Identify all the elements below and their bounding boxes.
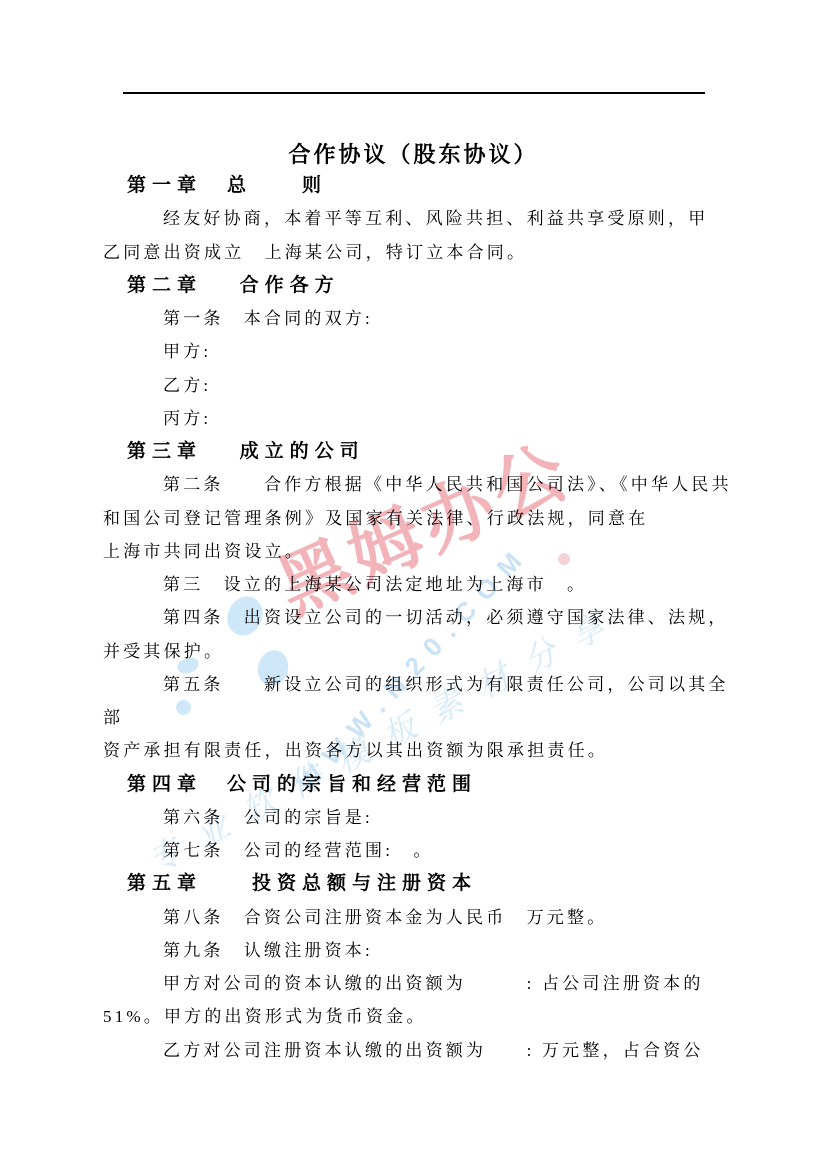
doc-line: 第五条 新设立公司的组织形式为有限责任公司，公司以其全 bbox=[103, 668, 743, 701]
document-body: 第一章 总 则 经友好协商，本着平等互利、风险共担、利益共享受原则，甲 乙同意出… bbox=[103, 169, 743, 1067]
doc-line: 第九条 认缴注册资本: bbox=[103, 934, 743, 967]
doc-line: 51%。甲方的出资形式为货币资金。 bbox=[103, 1000, 743, 1033]
chapter-heading: 第三章 成立的公司 bbox=[103, 435, 743, 468]
page-title: 合作协议（股东协议） bbox=[0, 138, 827, 169]
doc-line: 部 bbox=[103, 701, 743, 734]
doc-line: 第四条 出资设立公司的一切活动，必须遵守国家法律、法规， bbox=[103, 601, 743, 634]
doc-line: 乙同意出资成立 上海某公司，特订立本合同。 bbox=[103, 236, 743, 269]
doc-line: 丙方: bbox=[103, 402, 743, 435]
document-page: 黑姆办公 WWW.N20.COM 专业软件模板素材分享 合作协议（股东协议） 第… bbox=[0, 0, 827, 1169]
doc-line: 第三 设立的上海某公司法定地址为上海市 。 bbox=[103, 568, 743, 601]
chapter-heading: 第四章 公司的宗旨和经营范围 bbox=[103, 768, 743, 801]
document-content: 合作协议（股东协议） 第一章 总 则 经友好协商，本着平等互利、风险共担、利益共… bbox=[0, 0, 827, 1169]
doc-line: 第七条 公司的经营范围: 。 bbox=[103, 834, 743, 867]
doc-line: 第一条 本合同的双方: bbox=[103, 302, 743, 335]
chapter-heading: 第二章 合作各方 bbox=[103, 269, 743, 302]
doc-line: 第八条 合资公司注册资本金为人民币 万元整。 bbox=[103, 901, 743, 934]
doc-line: 第六条 公司的宗旨是: bbox=[103, 801, 743, 834]
doc-line: 并受其保护。 bbox=[103, 635, 743, 668]
doc-line: 上海市共同出资设立。 bbox=[103, 535, 743, 568]
doc-line: 甲方对公司的资本认缴的出资额为 : 占公司注册资本的 bbox=[103, 967, 743, 1000]
doc-line: 和国公司登记管理条例》及国家有关法律、行政法规，同意在 bbox=[103, 502, 743, 535]
doc-line: 乙方对公司注册资本认缴的出资额为 : 万元整，占合资公 bbox=[103, 1034, 743, 1067]
doc-line: 甲方: bbox=[103, 335, 743, 368]
chapter-heading: 第一章 总 则 bbox=[103, 169, 743, 202]
doc-line: 资产承担有限责任，出资各方以其出资额为限承担责任。 bbox=[103, 734, 743, 767]
chapter-heading: 第五章 投资总额与注册资本 bbox=[103, 867, 743, 900]
doc-line: 经友好协商，本着平等互利、风险共担、利益共享受原则，甲 bbox=[103, 202, 743, 235]
doc-line: 乙方: bbox=[103, 369, 743, 402]
doc-line: 第二条 合作方根据《中华人民共和国公司法》、《中华人民共 bbox=[103, 468, 743, 501]
